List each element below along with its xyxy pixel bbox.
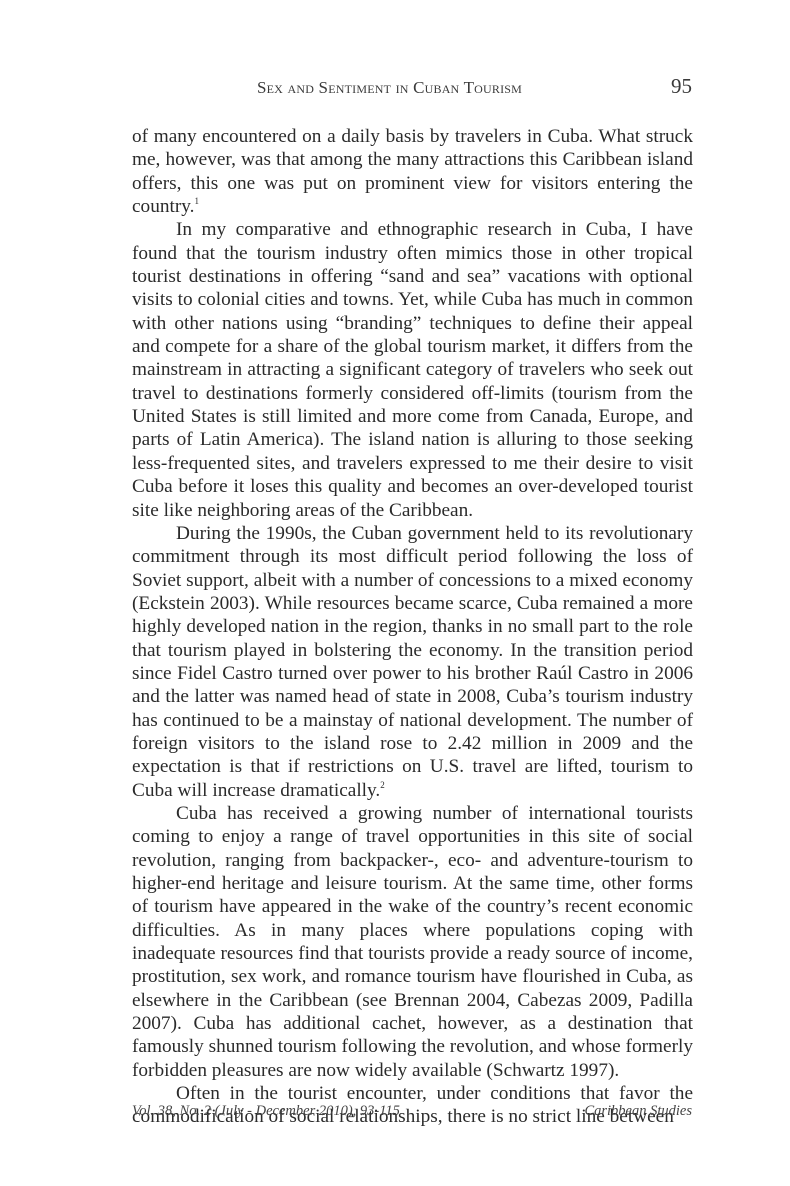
- paragraph-text: of many encountered on a daily basis by …: [132, 126, 693, 217]
- paragraph-4: Cuba has received a growing number of in…: [132, 802, 693, 1082]
- page-number: 95: [671, 74, 692, 99]
- paragraph-text: In my comparative and ethnographic resea…: [132, 219, 693, 520]
- footnote-marker[interactable]: 2: [380, 780, 385, 790]
- paragraph-text: Cuba has received a growing number of in…: [132, 803, 693, 1081]
- paragraph-3: During the 1990s, the Cuban government h…: [132, 522, 693, 802]
- footer-citation: Vol. 38, No. 2 (July - December 2010), 9…: [132, 1103, 400, 1120]
- paragraph-1: of many encountered on a daily basis by …: [132, 125, 693, 218]
- paragraph-2: In my comparative and ethnographic resea…: [132, 218, 693, 521]
- running-header: Sex and Sentiment in Cuban Tourism 95: [132, 74, 692, 102]
- body-text: of many encountered on a daily basis by …: [132, 125, 693, 1129]
- footnote-marker[interactable]: 1: [194, 196, 199, 206]
- footer-journal: Caribbean Studies: [584, 1103, 692, 1120]
- running-title: Sex and Sentiment in Cuban Tourism: [257, 78, 522, 98]
- paragraph-text: During the 1990s, the Cuban government h…: [132, 523, 693, 801]
